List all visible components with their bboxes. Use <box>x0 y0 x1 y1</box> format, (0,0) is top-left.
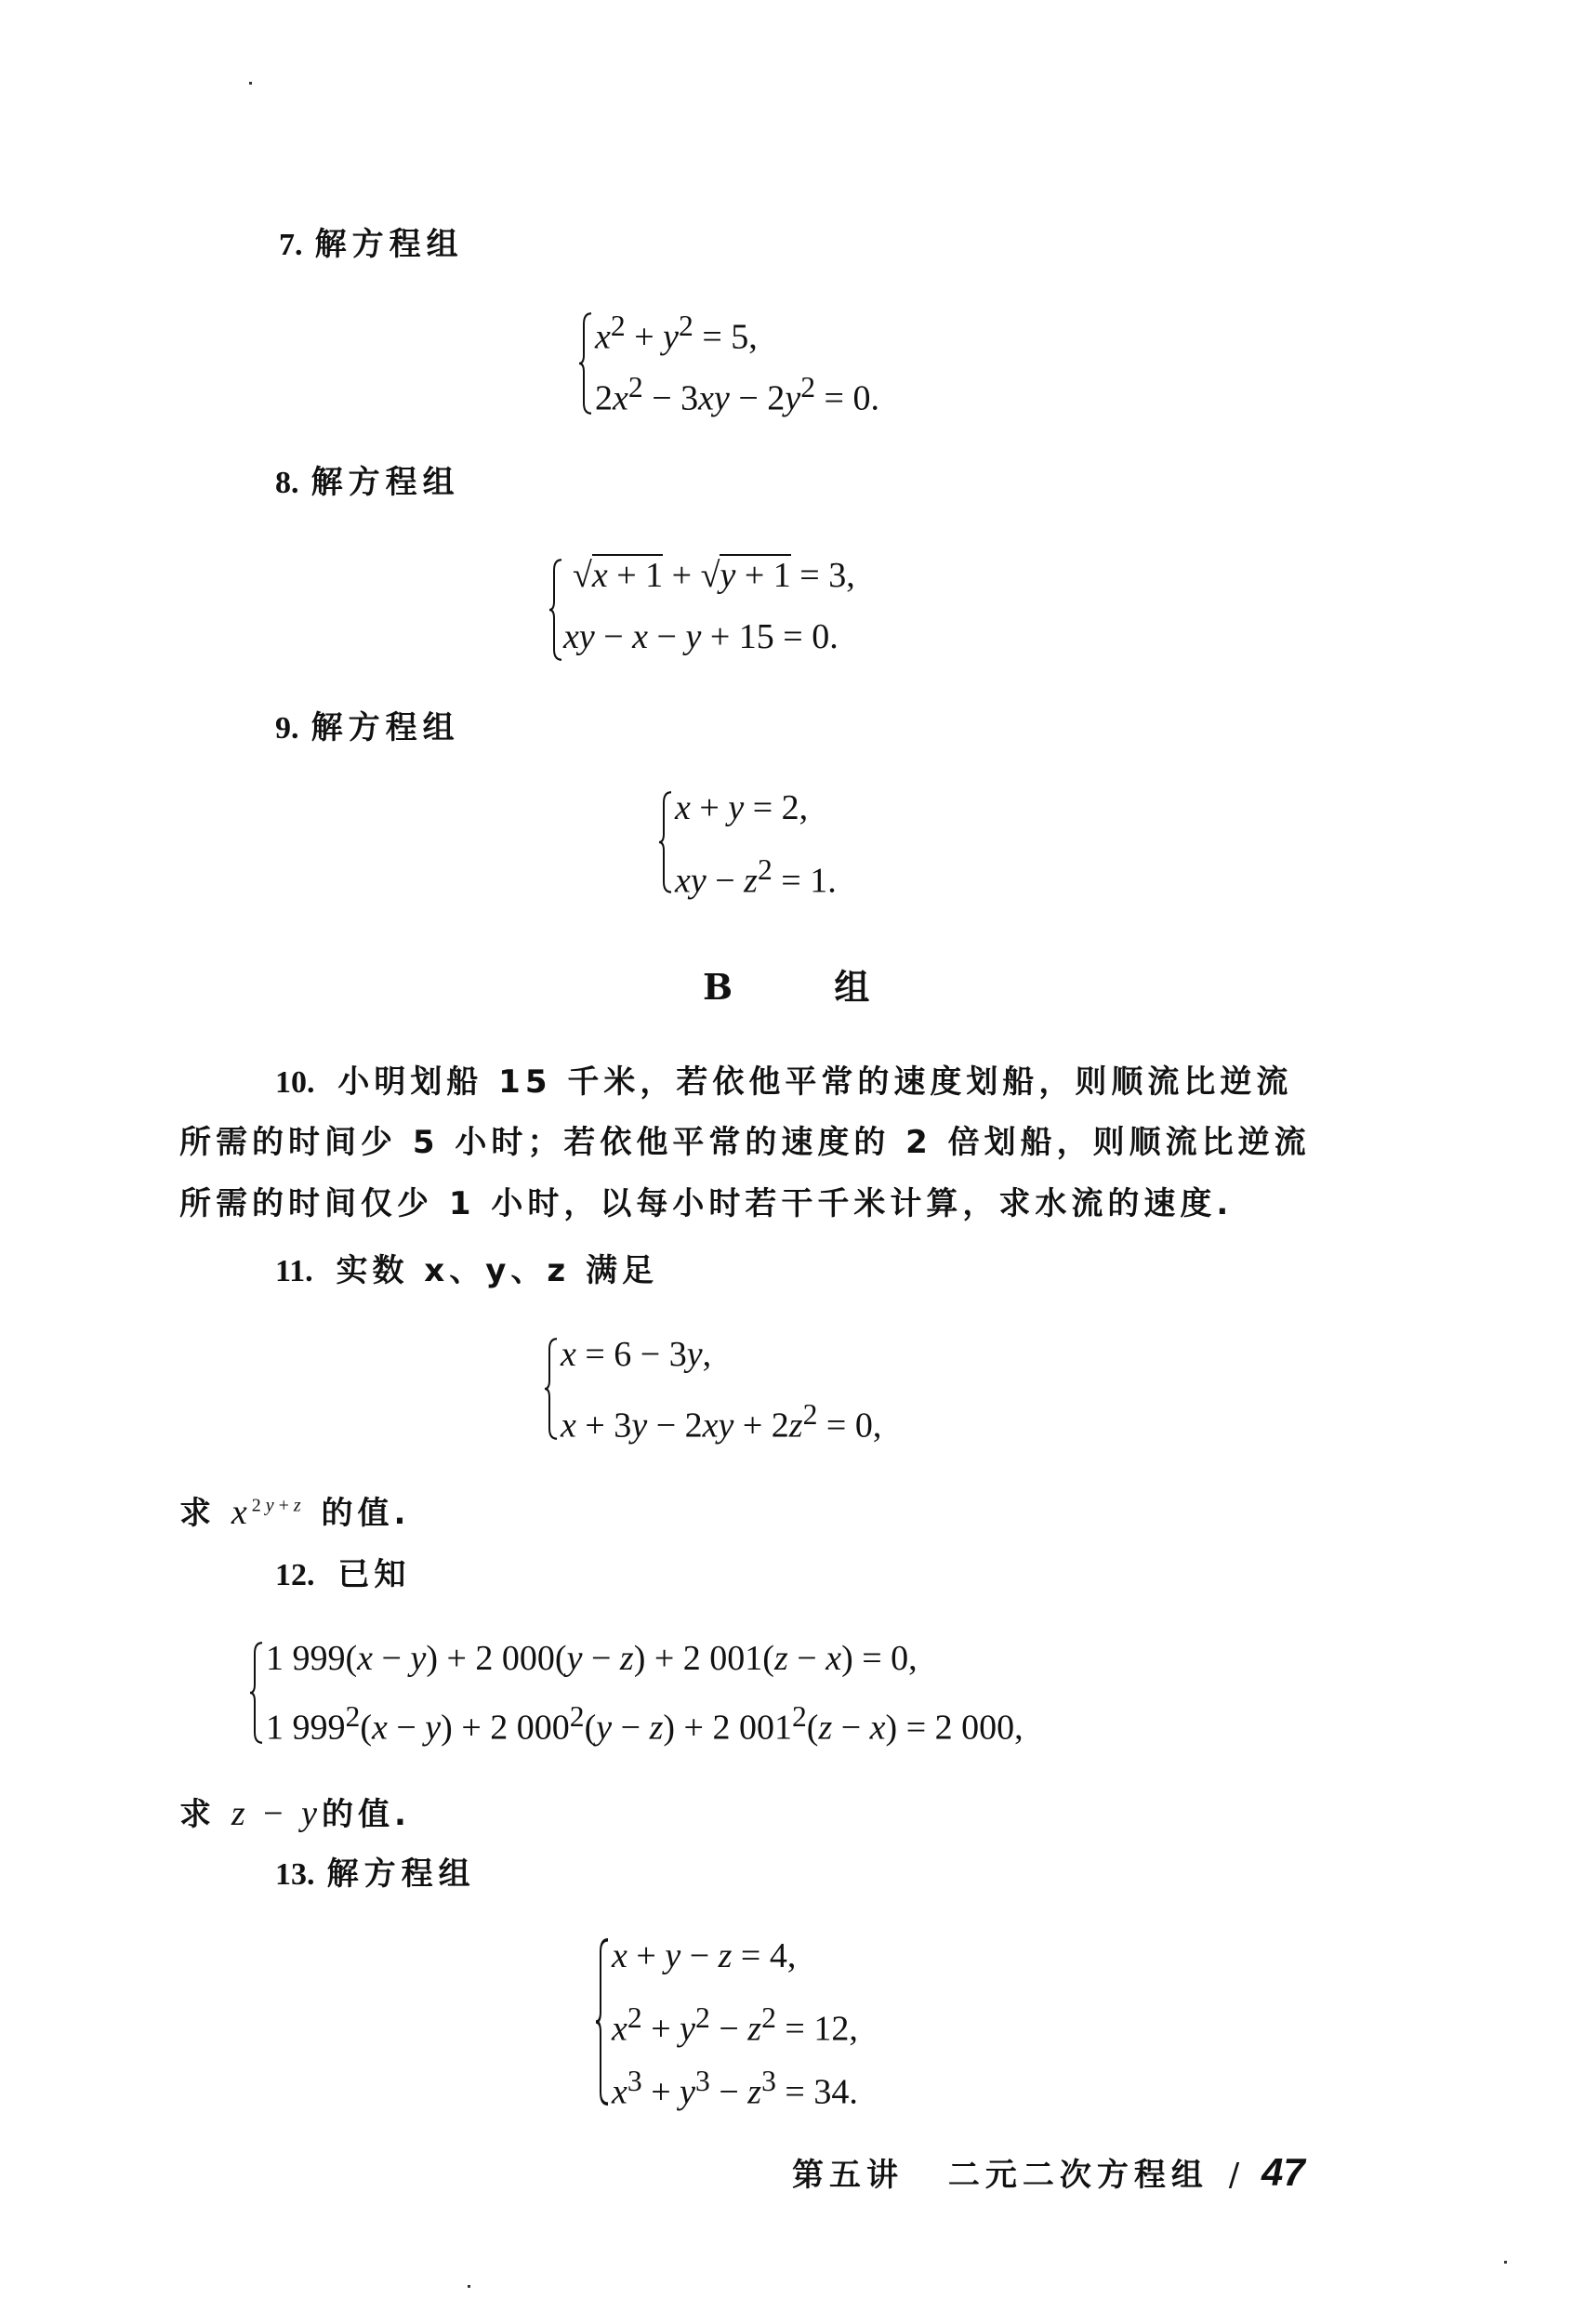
problem-label: 解方程组 <box>311 464 460 501</box>
equation-line: x = 6 − 3y, <box>561 1337 881 1400</box>
chapter-number: 第五讲 <box>792 2157 904 2194</box>
scan-speck <box>468 2285 470 2288</box>
equation-line: 1 9992(x − y) + 2 0002(y − z) + 2 0012(z… <box>266 1702 1024 1746</box>
problem-10-line-3: 所需的时间仅少 1 小时，以每小时若干千米计算，求水流的速度. <box>179 1188 1233 1220</box>
ask-expression: z − y <box>231 1794 322 1833</box>
problem-label: 实数 x、y、z 满足 <box>336 1252 658 1289</box>
equation-line: √x + 1 + √y + 1 = 3, <box>573 558 855 619</box>
running-footer: 第五讲 二元二次方程组 / 47 <box>792 2153 1305 2192</box>
ask-prefix: 求 <box>179 1495 216 1532</box>
ask-expression: x2y+z <box>231 1493 306 1532</box>
equation-line: x + y − z = 4, <box>612 1938 858 2003</box>
problem-number: 13. <box>275 1857 315 1892</box>
equation-system-12: 1 999(x − y) + 2 000(y − z) + 2 001(z − … <box>249 1641 1024 1745</box>
problem-label: 已知 <box>337 1556 410 1593</box>
problem-text: 小明划船 15 千米，若依他平常的速度划船，则顺流比逆流 <box>337 1063 1292 1101</box>
problem-number: 7. <box>279 228 303 262</box>
section-b-heading: B 组 <box>703 970 875 1005</box>
problem-13-heading: 13. 解方程组 <box>275 1858 476 1891</box>
problem-11-ask: 求 x2y+z 的值. <box>179 1495 410 1530</box>
equation-line: x + 3y − 2xy + 2z2 = 0, <box>561 1400 881 1444</box>
problem-7-heading: 7. 解方程组 <box>279 229 464 261</box>
ask-suffix: 的值. <box>322 1796 411 1833</box>
equation-line: x2 + y2 − z2 = 12, <box>612 2003 858 2067</box>
problem-11-heading: 11. 实数 x、y、z 满足 <box>275 1255 658 1287</box>
left-brace-icon <box>544 1337 559 1441</box>
ask-suffix: 的值. <box>322 1495 411 1532</box>
equation-line: x2 + y2 = 5, <box>595 311 879 373</box>
left-brace-icon <box>595 1938 610 2106</box>
problem-label: 解方程组 <box>327 1855 476 1893</box>
equation-system-7: x2 + y2 = 5, 2x2 − 3xy − 2y2 = 0. <box>578 311 879 416</box>
problem-number: 8. <box>275 466 299 500</box>
problem-number: 12. <box>275 1558 315 1592</box>
problem-number: 11. <box>275 1254 313 1288</box>
equation-line: xy − x − y + 15 = 0. <box>563 619 855 654</box>
scan-speck <box>249 82 252 85</box>
problem-text: 所需的时间仅少 1 小时，以每小时若干千米计算，求水流的速度. <box>179 1185 1233 1222</box>
problem-12-heading: 12. 已知 <box>275 1559 410 1591</box>
equation-system-8: √x + 1 + √y + 1 = 3, xy − x − y + 15 = 0… <box>548 558 855 662</box>
section-letter: B <box>703 966 733 1008</box>
equation-line: 1 999(x − y) + 2 000(y − z) + 2 001(z − … <box>266 1641 1024 1702</box>
equation-system-11: x = 6 − 3y, x + 3y − 2xy + 2z2 = 0, <box>544 1337 881 1441</box>
problem-10-line-1: 10. 小明划船 15 千米，若依他平常的速度划船，则顺流比逆流 <box>275 1066 1292 1099</box>
equation-line: x + y = 2, <box>675 790 837 855</box>
left-brace-icon <box>548 558 563 662</box>
equation-line: x3 + y3 − z3 = 34. <box>612 2067 858 2110</box>
left-brace-icon <box>658 790 673 894</box>
chapter-title: 二元二次方程组 <box>948 2157 1209 2194</box>
left-brace-icon <box>249 1641 264 1745</box>
problem-8-heading: 8. 解方程组 <box>275 467 460 499</box>
ask-prefix: 求 <box>179 1796 216 1833</box>
problem-12-ask: 求 z − y的值. <box>179 1796 411 1831</box>
problem-number: 10. <box>275 1065 315 1100</box>
footer-separator: / <box>1229 2157 1245 2194</box>
scan-speck <box>1504 2261 1507 2264</box>
left-brace-icon <box>578 311 593 416</box>
equation-system-13: x + y − z = 4, x2 + y2 − z2 = 12, x3 + y… <box>595 1938 858 2106</box>
page-number: 47 <box>1261 2150 1305 2194</box>
equation-line: xy − z2 = 1. <box>675 855 837 899</box>
equation-line: 2x2 − 3xy − 2y2 = 0. <box>595 373 879 416</box>
problem-10-line-2: 所需的时间少 5 小时；若依他平常的速度的 2 倍划船，则顺流比逆流 <box>179 1127 1311 1158</box>
problem-label: 解方程组 <box>311 709 460 746</box>
problem-9-heading: 9. 解方程组 <box>275 712 460 745</box>
equation-system-9: x + y = 2, xy − z2 = 1. <box>658 790 837 894</box>
section-word: 组 <box>834 967 875 1008</box>
problem-label: 解方程组 <box>315 226 464 263</box>
problem-number: 9. <box>275 711 299 746</box>
problem-text: 所需的时间少 5 小时；若依他平常的速度的 2 倍划船，则顺流比逆流 <box>179 1124 1311 1161</box>
